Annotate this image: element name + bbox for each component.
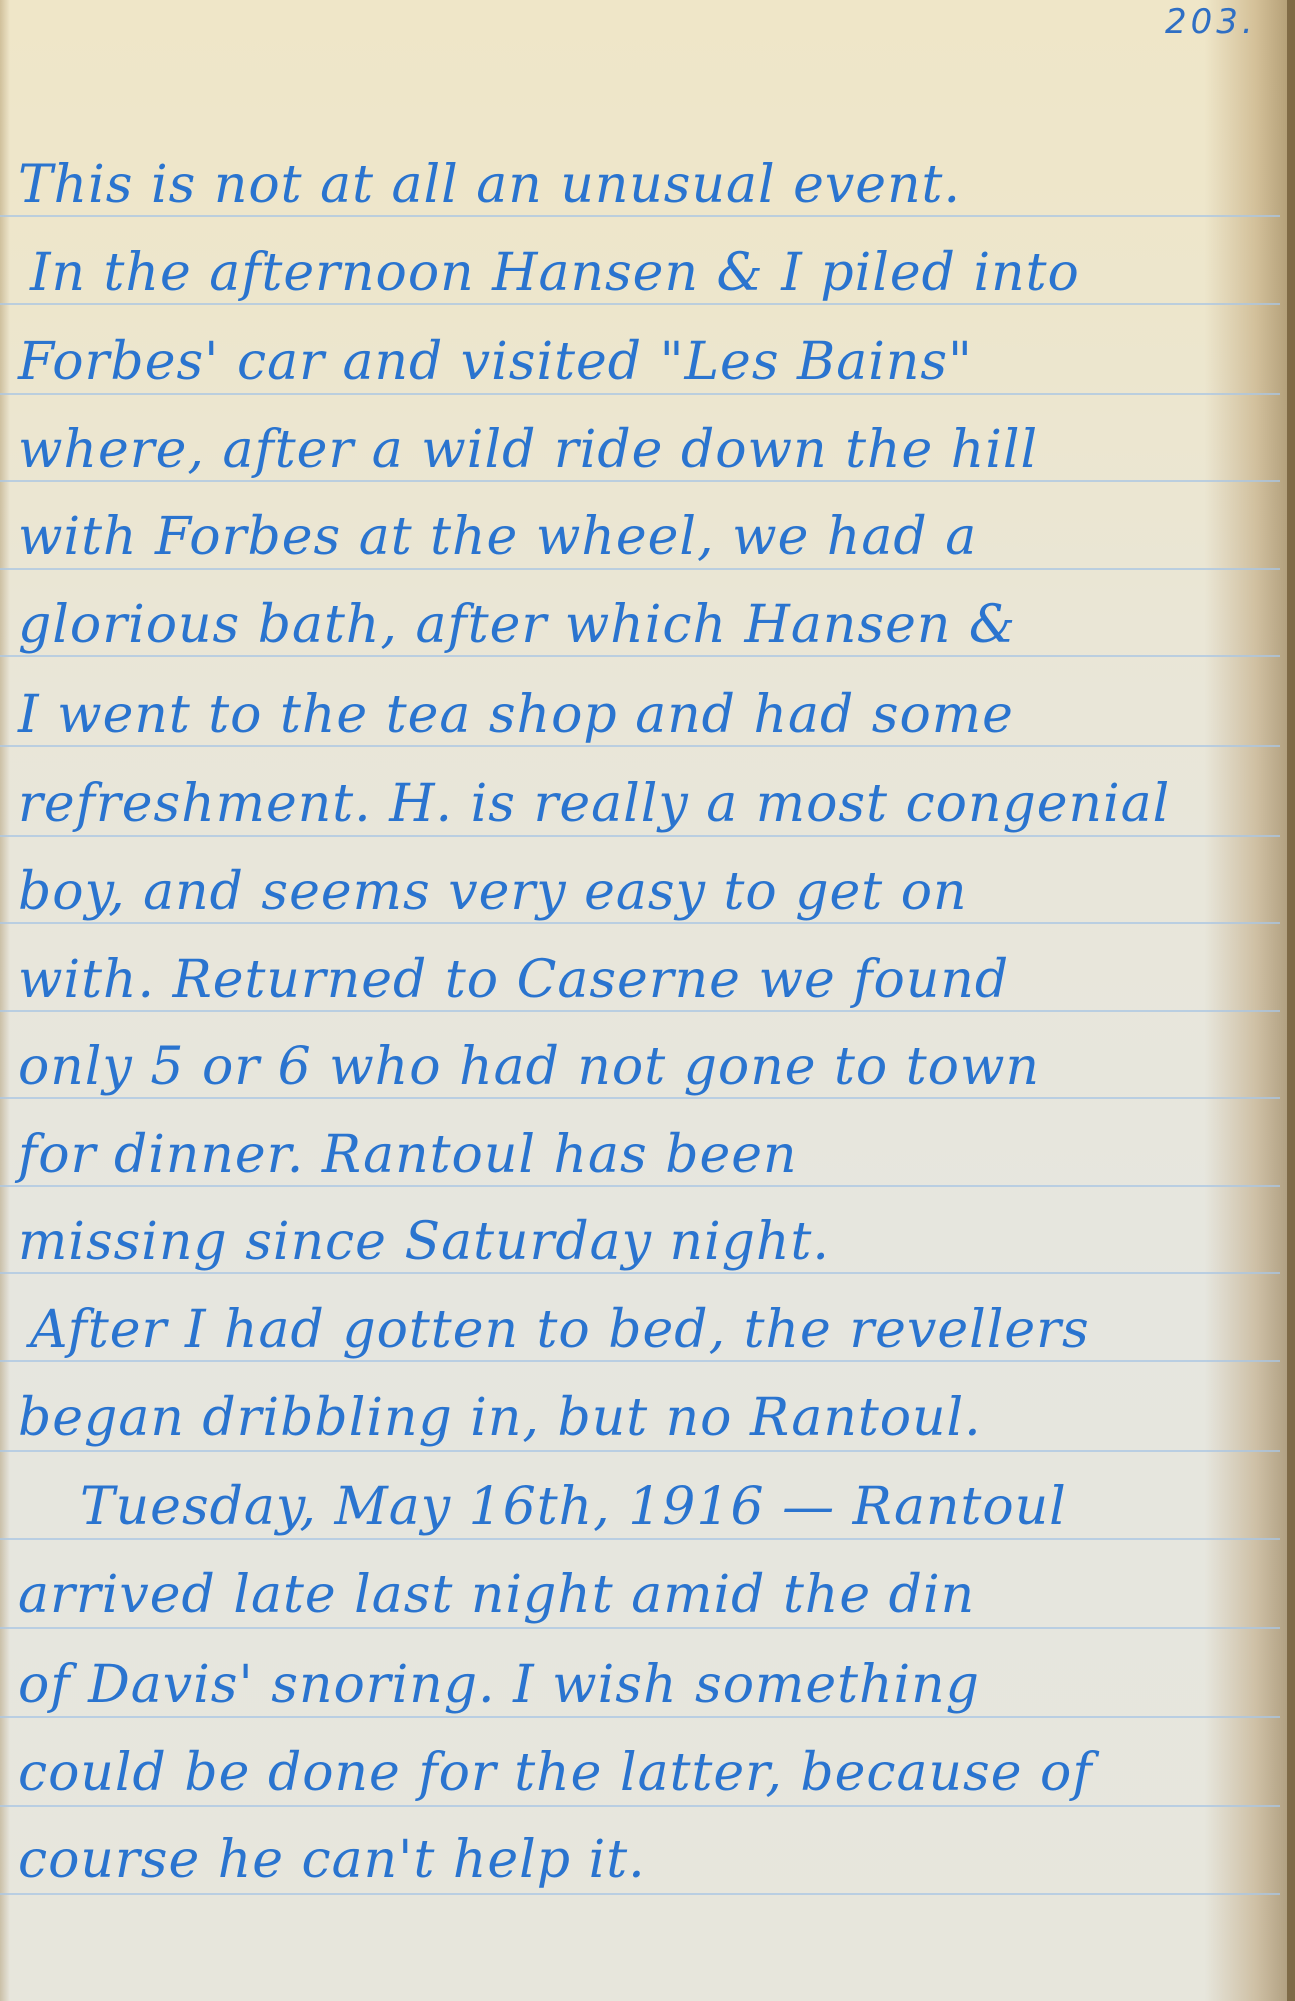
page-edge-left — [0, 0, 10, 2001]
handwritten-line: of Davis' snoring. I wish something — [18, 1645, 980, 1725]
handwritten-line: Forbes' car and visited "Les Bains" — [18, 322, 973, 402]
handwritten-line: for dinner. Rantoul has been — [18, 1115, 798, 1195]
handwritten-line: This is not at all an unusual event. — [18, 145, 961, 225]
handwritten-line: where, after a wild ride down the hill — [18, 410, 1038, 490]
handwritten-line: arrived late last night amid the din — [18, 1555, 975, 1635]
handwritten-line: with. Returned to Caserne we found — [18, 940, 1009, 1020]
handwritten-line: boy, and seems very easy to get on — [18, 852, 967, 932]
handwritten-line: In the afternoon Hansen & I piled into — [30, 233, 1080, 313]
diary-entry-date-line: Tuesday, May 16th, 1916 — Rantoul — [80, 1467, 1067, 1547]
handwritten-line: After I had gotten to bed, the revellers — [30, 1290, 1090, 1370]
handwritten-line: I went to the tea shop and had some — [18, 675, 1014, 755]
handwritten-line: began dribbling in, but no Rantoul. — [18, 1378, 982, 1458]
handwritten-line: glorious bath, after which Hansen & — [18, 585, 1016, 665]
handwritten-line: with Forbes at the wheel, we had a — [18, 497, 977, 577]
handwritten-line: only 5 or 6 who had not gone to town — [18, 1027, 1040, 1107]
handwritten-line: missing since Saturday night. — [18, 1202, 830, 1282]
handwritten-line: could be done for the latter, because of — [18, 1733, 1093, 1813]
page-number: 203. — [1165, 2, 1257, 42]
diary-page: 203. This is not at all an unusual event… — [0, 0, 1295, 2001]
handwritten-line: course he can't help it. — [18, 1820, 646, 1900]
handwritten-line: refreshment. H. is really a most congeni… — [18, 764, 1170, 844]
page-binding-edge — [1287, 0, 1295, 2001]
